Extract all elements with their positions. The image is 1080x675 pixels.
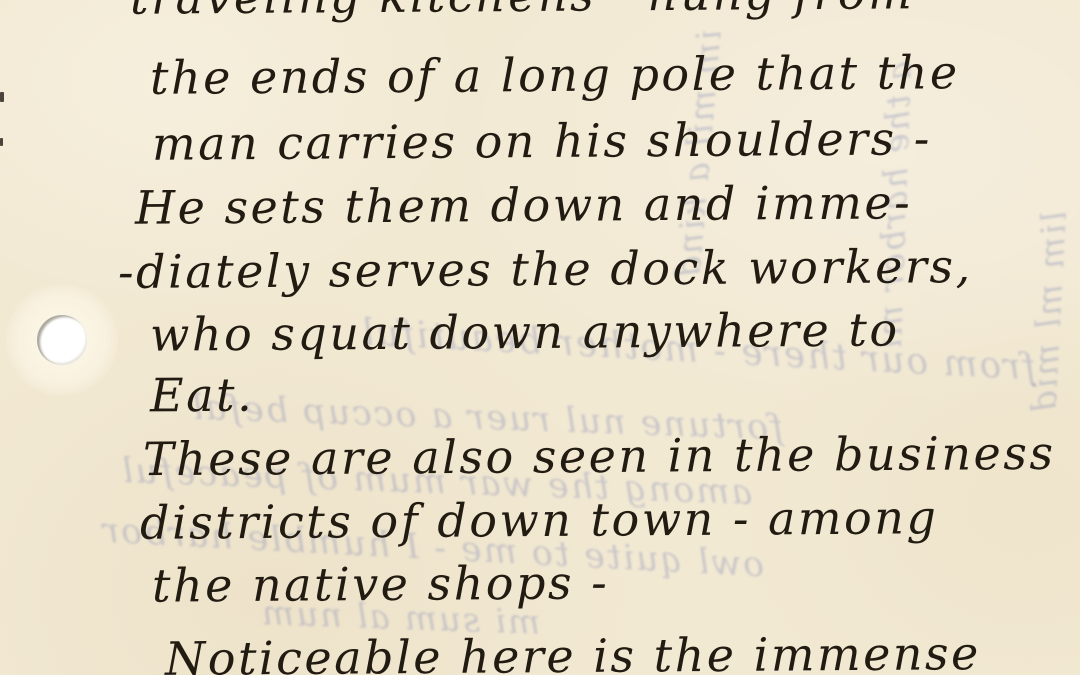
handwritten-line: districts of down town - among [140,494,939,546]
handwriting-layer: traveling kitchens - hung from the ends … [0,0,1080,675]
handwritten-line: traveling kitchens - hung from [130,0,915,21]
handwritten-line: Eat. [150,372,254,419]
handwritten-line: man carries on his shoulders - [152,115,932,166]
scanned-letter-page: im mil a kind a the harbor mi lim ml mid… [0,0,1080,675]
handwritten-line: the ends of a long pole that the [150,49,960,101]
handwritten-line: the native shops - [152,559,609,608]
handwritten-line: He sets them down and imme- [135,179,912,230]
handwritten-line: -diately serves the dock workers, [118,243,973,295]
handwritten-line: These are also seen in the business [143,430,1056,482]
handwritten-line: who squat down anywhere to [150,306,900,357]
handwritten-line: Noticeable here is the immense [165,630,981,675]
